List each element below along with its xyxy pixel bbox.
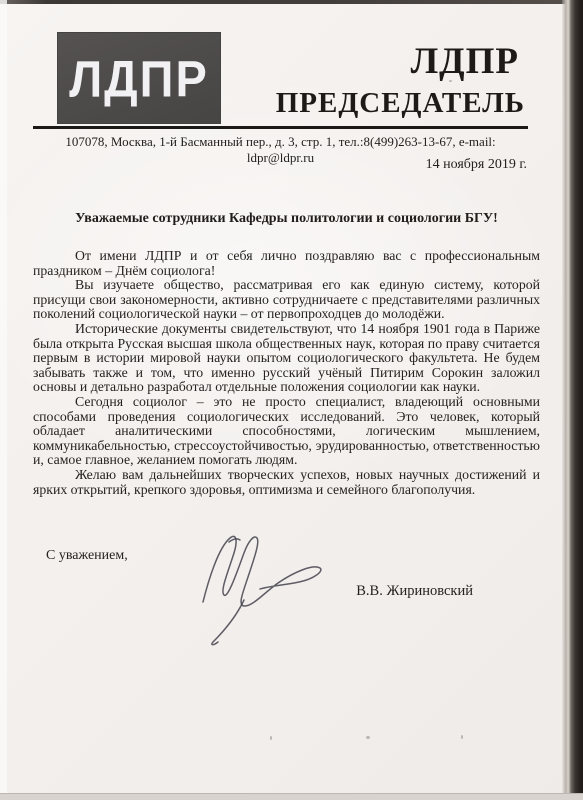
scan-edge-right — [562, 0, 583, 800]
header-divider — [33, 126, 528, 129]
salutation: Уважаемые сотрудники Кафедры политологии… — [33, 211, 540, 227]
signer-name: В.В. Жириновский — [356, 583, 473, 600]
letter-paragraph: От имени ЛДПР и от себя лично поздравляю… — [33, 249, 540, 278]
letter-paragraph: Сегодня социолог – это не просто специал… — [33, 395, 540, 468]
letter-date: 14 ноября 2019 г. — [426, 157, 527, 173]
scan-speck — [461, 735, 463, 739]
scan-edge-bottom — [0, 793, 583, 800]
ldpr-logo-text: ЛДПР — [69, 48, 209, 107]
handwritten-signature — [193, 530, 357, 648]
ldpr-logo: ЛДПР — [58, 33, 220, 123]
org-role: ПРЕДСЕДАТЕЛЬ — [276, 87, 525, 120]
scanned-letter-page: ЛДПР ЛДПР ПРЕДСЕДАТЕЛЬ 107078, Москва, 1… — [0, 0, 583, 800]
scan-speck — [270, 736, 272, 740]
scan-speck — [449, 80, 452, 82]
letter-body: От имени ЛДПР и от себя лично поздравляю… — [33, 249, 540, 497]
letter-paragraph: Вы изучаете общество, рассматривая его к… — [33, 278, 540, 322]
scan-edge-top — [0, 0, 583, 4]
org-name: ЛДПР — [411, 40, 519, 83]
scan-edge-left — [0, 0, 7, 800]
letter-paragraph: Исторические документы свидетельствуют, … — [33, 322, 540, 395]
closing-phrase: С уважением, — [46, 548, 128, 564]
scan-speck — [366, 736, 370, 739]
letter-paragraph: Желаю вам дальнейших творческих успехов,… — [33, 468, 540, 497]
